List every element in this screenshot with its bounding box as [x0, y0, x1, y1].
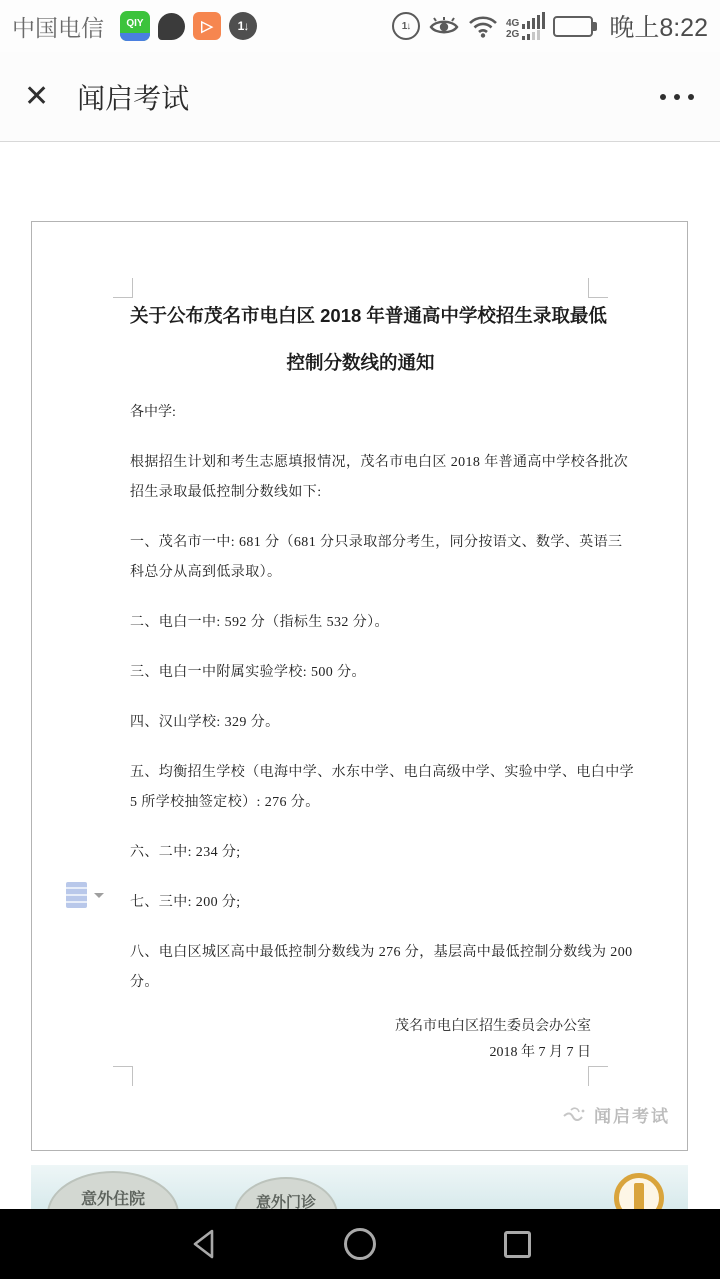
nav-home-button[interactable] — [344, 1228, 376, 1260]
banner-label-1: 意外住院 — [81, 1186, 145, 1209]
issuer-name: 茂名市电白区招生委员会办公室 — [130, 1014, 591, 1040]
battery-icon — [553, 16, 597, 37]
intro-paragraph: 根据招生计划和考生志愿填报情况，茂名市电白区 2018 年普通高中学校各批次 招… — [130, 448, 591, 508]
close-button[interactable]: ✕ — [24, 82, 49, 112]
paragraph-line: 八、电白区城区高中最低控制分数线为 276 分，基层高中最低控制分数线为 200 — [130, 938, 591, 968]
paragraph-line: 科总分从高到低录取）。 — [130, 558, 591, 588]
signal-bars-4g — [522, 12, 545, 29]
item-3: 三、电白一中附属实验学校: 500 分。 — [130, 658, 591, 688]
status-bar: 中国电信 QIY ▷ 1↓ 1↓ — [0, 0, 720, 52]
banner-bubble-2: 意外门诊 — [234, 1177, 338, 1209]
banner-label-2: 意外门诊 — [256, 1191, 316, 1209]
message-bubble-icon — [158, 13, 185, 40]
item-2: 二、电白一中: 592 分（指标生 532 分）。 — [130, 608, 591, 638]
paragraph-line: 四、汉山学校: 329 分。 — [130, 708, 591, 738]
document-title-line: 关于公布茂名市电白区 2018 年普通高中学校招生录取最低 — [130, 292, 591, 339]
iqiyi-app-icon: QIY — [120, 11, 150, 41]
article-content: 关于公布茂名市电白区 2018 年普通高中学校招生录取最低 控制分数线的通知 各… — [0, 142, 720, 1209]
item-5: 五、均衡招生学校（电海中学、水东中学、电白高级中学、实验中学、电白中学 5 所学… — [130, 758, 591, 818]
document-title-line: 控制分数线的通知 — [130, 339, 591, 386]
phone-screen: 中国电信 QIY ▷ 1↓ 1↓ — [0, 0, 720, 1280]
margin-mark-bottom-left — [113, 1066, 133, 1086]
paragraph-line: 一、茂名市一中: 681 分（681 分只录取部分考生，同分按语文、数学、英语三 — [130, 528, 591, 558]
document-page: 关于公布茂名市电白区 2018 年普通高中学校招生录取最低 控制分数线的通知 各… — [31, 221, 688, 1151]
network-2g-label: 2G — [506, 30, 519, 40]
android-nav-bar — [0, 1209, 720, 1279]
carrier-label: 中国电信 — [12, 10, 104, 43]
play-icon: ▷ — [201, 17, 213, 35]
clock-label: 晚上8:22 — [609, 8, 708, 44]
nav-recents-button[interactable] — [504, 1231, 531, 1258]
paragraph-line: 根据招生计划和考生志愿填报情况，茂名市电白区 2018 年普通高中学校各批次 — [130, 448, 591, 478]
margin-mark-top-left — [113, 278, 133, 298]
status-bar-left: 中国电信 QIY ▷ 1↓ — [12, 10, 257, 43]
paragraph-line: 三、电白一中附属实验学校: 500 分。 — [130, 658, 591, 688]
paragraph-line: 招生录取最低控制分数线如下: — [130, 478, 591, 508]
item-1: 一、茂名市一中: 681 分（681 分只录取部分考生，同分按语文、数学、英语三… — [130, 528, 591, 588]
issue-date: 2018 年 7 月 7 日 — [130, 1040, 591, 1066]
paragraph-line: 五、均衡招生学校（电海中学、水东中学、电白高级中学、实验中学、电白中学 — [130, 758, 591, 788]
wifi-icon — [468, 15, 498, 38]
watermark: 闻启考试 — [562, 1102, 670, 1127]
document-title: 关于公布茂名市电白区 2018 年普通高中学校招生录取最低 控制分数线的通知 — [130, 292, 591, 386]
item-6: 六、二中: 234 分; — [130, 838, 591, 868]
margin-mark-top-right — [588, 278, 608, 298]
iqiyi-label: QIY — [126, 18, 143, 29]
doc-tool-floater[interactable] — [66, 882, 104, 908]
cellular-signal-icon: 4G 2G — [506, 12, 545, 40]
paragraph-line: 分。 — [130, 968, 591, 998]
document-icon[interactable] — [66, 882, 87, 908]
paragraph-line: 5 所学校抽签定校）: 276 分。 — [130, 788, 591, 818]
paragraph-line: 六、二中: 234 分; — [130, 838, 591, 868]
paragraph-line: 七、三中: 200 分; — [130, 888, 591, 918]
gold-emblem-icon — [614, 1173, 664, 1209]
margin-mark-bottom-right — [588, 1066, 608, 1086]
eye-protection-icon — [428, 14, 460, 38]
caret-down-icon — [94, 893, 104, 903]
network-4g-label: 4G — [506, 19, 519, 29]
status-bar-right: 1↓ 4G — [392, 8, 708, 44]
webview-header: ✕ 闻启考试 — [0, 52, 720, 142]
ad-banner[interactable]: 意外住院 意外门诊 — [31, 1165, 688, 1209]
page-title: 闻启考试 — [77, 77, 189, 117]
data-transfer-icon: 1↓ — [229, 12, 257, 40]
watermark-logo-icon — [562, 1104, 588, 1126]
video-app-icon: ▷ — [193, 12, 221, 40]
item-4: 四、汉山学校: 329 分。 — [130, 708, 591, 738]
item-8: 八、电白区城区高中最低控制分数线为 276 分，基层高中最低控制分数线为 200… — [130, 938, 591, 998]
salutation: 各中学: — [130, 398, 591, 428]
watermark-text: 闻启考试 — [594, 1102, 670, 1127]
document-body: 关于公布茂名市电白区 2018 年普通高中学校招生录取最低 控制分数线的通知 各… — [32, 222, 687, 1066]
data-saver-label: 1↓ — [402, 21, 411, 32]
nav-back-button[interactable] — [190, 1228, 216, 1260]
data-saver-icon: 1↓ — [392, 12, 420, 40]
item-7: 七、三中: 200 分; — [130, 888, 591, 918]
paragraph-line: 二、电白一中: 592 分（指标生 532 分）。 — [130, 608, 591, 638]
banner-bubble-1: 意外住院 — [47, 1171, 179, 1209]
signature-block: 茂名市电白区招生委员会办公室 2018 年 7 月 7 日 — [130, 1014, 591, 1066]
signal-bars-2g — [522, 30, 540, 40]
data-transfer-label: 1↓ — [238, 19, 249, 33]
more-menu-button[interactable] — [658, 84, 696, 110]
